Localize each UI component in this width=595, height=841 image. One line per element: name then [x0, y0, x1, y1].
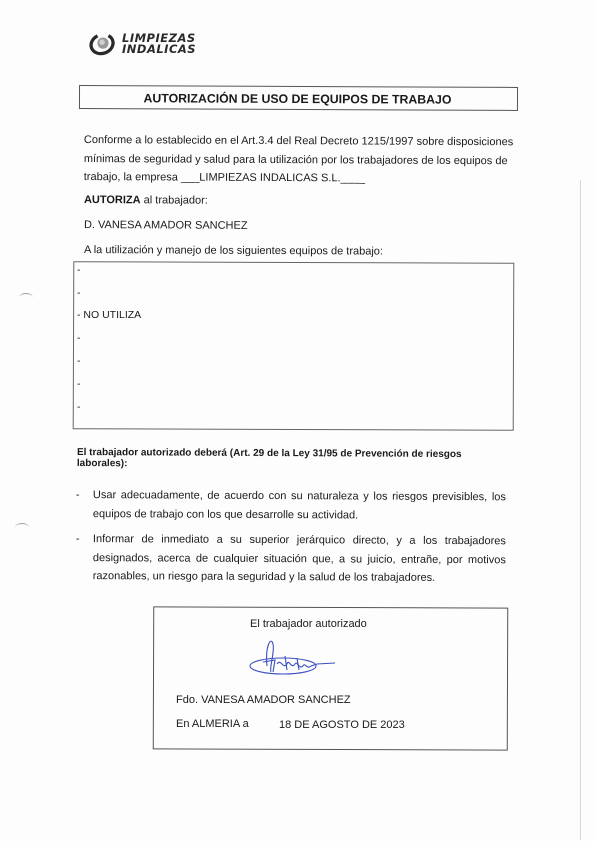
authorizes-rest: al trabajador:	[141, 194, 208, 206]
intro-line: trabajo, la empresa ___LIMPIEZAS INDALIC…	[84, 168, 524, 189]
intro-line: Conforme a lo establecido en el Art.3.4 …	[84, 131, 524, 152]
duty-dash: -	[76, 486, 80, 505]
logo-line-2: INDALICAS	[122, 44, 196, 55]
handwritten-signature-icon	[245, 636, 335, 680]
intro-line: mínimas de seguridad y salud para la uti…	[84, 149, 524, 170]
signature-date: 18 DE AGOSTO DE 2023	[279, 719, 405, 731]
punch-hole-mark	[15, 523, 29, 532]
authorizes-bold: AUTORIZA	[84, 194, 141, 206]
signature-label: El trabajador autorizado	[250, 618, 367, 630]
duty-item: - Usar adecuadamente, de acuerdo con su …	[76, 486, 506, 525]
duty-dash: -	[76, 530, 80, 549]
duty-text: Informar de inmediato a su superior jerá…	[93, 530, 506, 588]
authorizes-line: AUTORIZA al trabajador:	[84, 194, 208, 207]
company-logo-text: LIMPIEZAS INDALICAS	[122, 33, 196, 55]
punch-hole-mark	[19, 293, 33, 302]
equipment-item: -	[77, 287, 81, 299]
company-logo-icon	[88, 31, 118, 59]
page-edge-line	[580, 180, 581, 840]
document-title: AUTORIZACIÓN DE USO DE EQUIPOS DE TRABAJ…	[79, 91, 516, 107]
duty-text: Usar adecuadamente, de acuerdo con su na…	[93, 486, 506, 525]
signature-place: En ALMERIA a	[176, 718, 249, 730]
equipment-list-box	[73, 261, 515, 431]
equipment-item: -	[77, 332, 81, 344]
equipment-item: - NO UTILIZA	[77, 309, 141, 321]
duties-title: El trabajador autorizado deberá (Art. 29…	[77, 447, 497, 471]
equipment-item: -	[77, 378, 81, 390]
equipment-item: -	[77, 401, 81, 413]
worker-name: D. VANESA AMADOR SANCHEZ	[84, 219, 248, 232]
equipment-item: -	[77, 264, 81, 276]
intro-paragraph: Conforme a lo establecido en el Art.3.4 …	[84, 131, 524, 189]
signed-by: Fdo. VANESA AMADOR SANCHEZ	[176, 694, 351, 706]
duty-item: - Informar de inmediato a su superior je…	[76, 530, 506, 588]
equipment-item: -	[77, 355, 81, 367]
equipment-intro: A la utilización y manejo de los siguien…	[84, 244, 383, 258]
